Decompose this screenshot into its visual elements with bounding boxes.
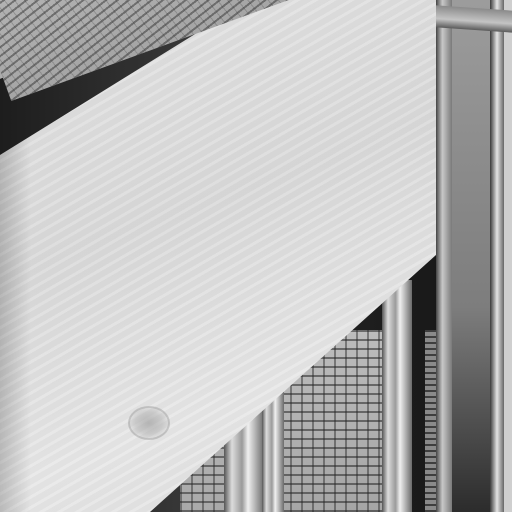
wood-knot bbox=[128, 406, 170, 440]
metal-stud bbox=[382, 280, 412, 512]
photo-scene bbox=[0, 0, 512, 512]
metal-stud bbox=[452, 0, 492, 512]
metal-stud bbox=[504, 0, 512, 512]
metal-stud bbox=[490, 0, 504, 512]
metal-stud bbox=[436, 0, 452, 512]
